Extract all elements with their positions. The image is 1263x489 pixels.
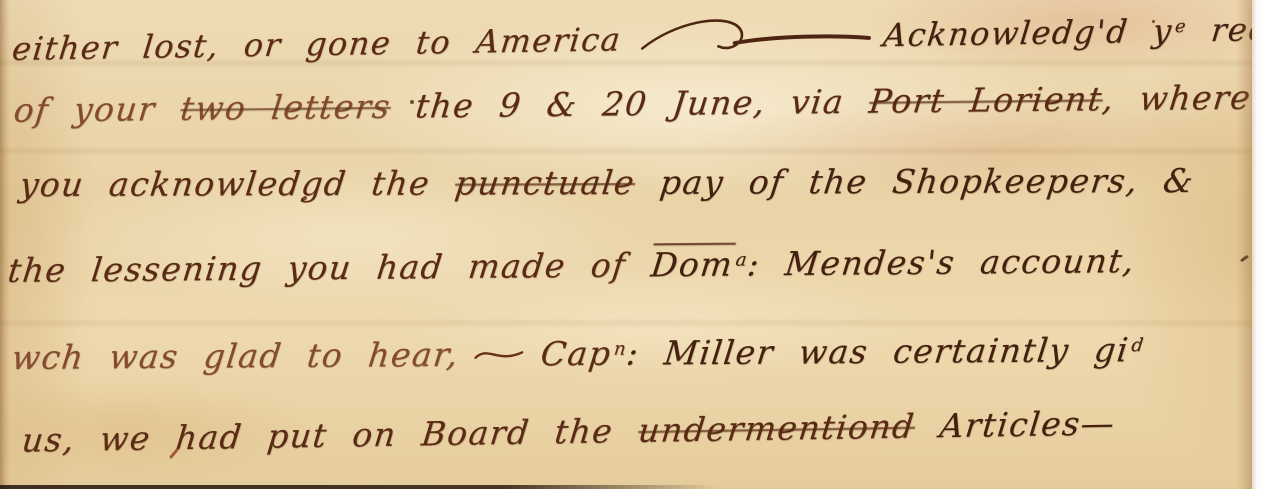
line3-text: pay of the Shopkeepers, &: [633, 161, 1197, 202]
ink-speck: [1152, 20, 1155, 23]
paper-crease: [0, 146, 1263, 156]
ink-speck: [628, 362, 631, 365]
line5-abbreviation: Cap: [539, 334, 614, 374]
line2-text: of your: [12, 89, 183, 130]
line4-abbreviation: Dom: [649, 245, 736, 285]
manuscript-line-6: us, we had put on Board the undermention…: [20, 403, 1117, 459]
line6-text-end: Articles: [913, 404, 1083, 446]
manuscript-page: either lost, or gone to AmericaAcknowled…: [0, 0, 1263, 489]
manuscript-line-3: you acknowledgd the punctuale pay of the…: [18, 161, 1197, 204]
manuscript-line-2: of your two letters the 9 & 20 June, via…: [12, 77, 1263, 129]
scanner-margin: [1252, 0, 1263, 489]
line6-end-dash: —: [1079, 403, 1118, 443]
line1-text-right: Acknowledg'd y: [881, 12, 1174, 55]
line2-crossed-words: two letters: [178, 87, 393, 128]
line1-text-left: either lost, or gone to America: [10, 20, 623, 68]
ink-speck: [303, 196, 307, 200]
manuscript-line-1: either lost, or gone to AmericaAcknowled…: [9, 2, 1263, 81]
paper-left-edge: [0, 0, 10, 489]
line5-text-left: wch was glad to hear,: [10, 335, 462, 377]
manuscript-line-4: the lessening you had made of Doma: Mend…: [6, 241, 1138, 290]
manuscript-line-5: wch was glad to hear,Capn: Miller was ce…: [10, 330, 1147, 377]
line3-text: you acknowledgd the: [18, 164, 458, 205]
paper-right-edge: [1236, 0, 1252, 489]
line4-text-end: : Mendes's account,: [745, 241, 1137, 283]
ink-speck: [410, 100, 414, 104]
line2-crossed-words: Port Lorient: [867, 79, 1105, 120]
paper-crease: [0, 318, 1263, 328]
line5-text-right: : Miller was certaintly gi: [624, 330, 1131, 373]
line2-text: the 9 & 20 June, via: [389, 82, 872, 126]
line4-text: the lessening you had made of: [6, 245, 654, 290]
flourish-swash: [472, 343, 527, 365]
paper-bottom-edge: [0, 485, 720, 489]
line3-crossed-word: punctuale: [453, 163, 638, 203]
superscript-d: d: [1130, 335, 1146, 356]
flourish-swash-dash: [637, 9, 877, 65]
line6-crossed-word: undermentiond: [636, 407, 917, 450]
line6-text: us, we had put on Board the: [20, 411, 641, 460]
